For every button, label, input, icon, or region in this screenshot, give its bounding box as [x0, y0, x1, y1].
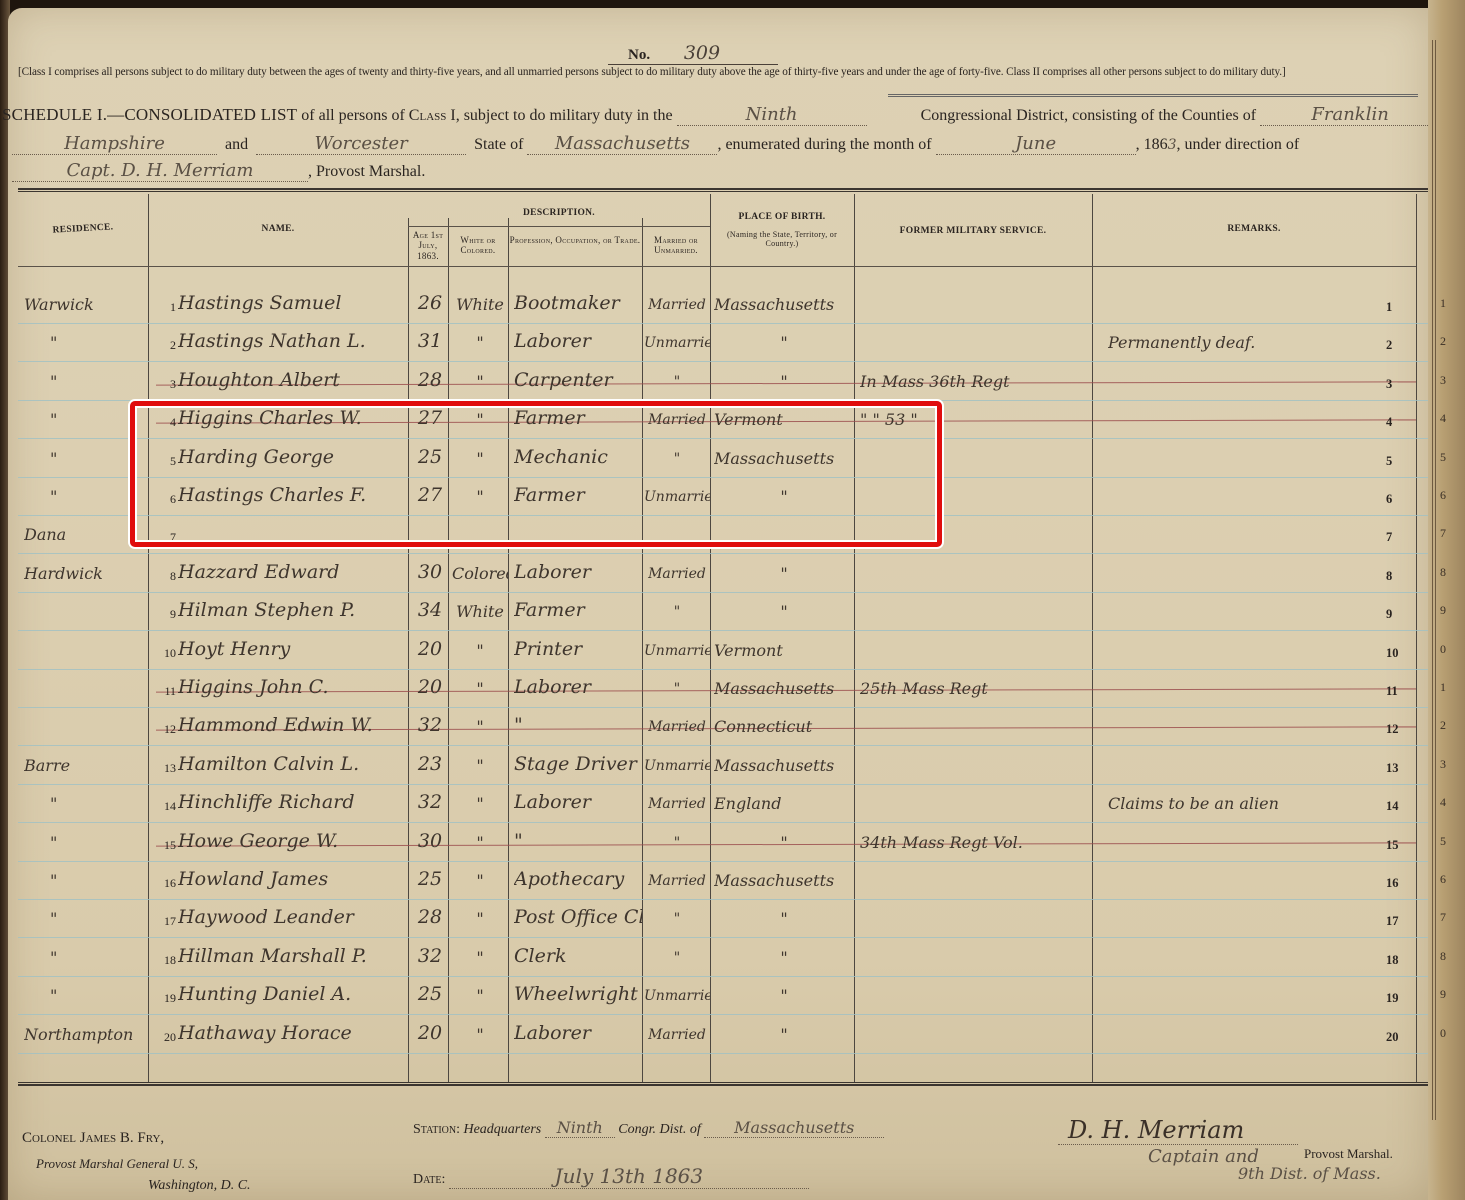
district-text: Congressional District, consisting of th…: [921, 107, 1257, 124]
cell-married: Married: [644, 412, 710, 428]
cell-color: ": [452, 756, 508, 775]
cell-age: 28: [412, 906, 448, 928]
table-row: "15Howe George W.30""""34th Mass Regt Vo…: [18, 824, 1430, 862]
table-row: 10Hoyt Henry20"PrinterUnmarriedVermont10: [18, 632, 1430, 670]
cell-age: 30: [412, 561, 448, 583]
cell-age: 20: [412, 638, 448, 660]
edge-number: 8: [1440, 949, 1446, 964]
header-age: Age 1st July, 1863.: [408, 230, 448, 261]
cell-birth: Vermont: [714, 641, 854, 660]
next-page-edge: 12345678901234567890: [1428, 0, 1465, 1200]
header-description: DESCRIPTION.: [408, 208, 710, 219]
date-value: July 13th 1863: [449, 1164, 809, 1189]
cell-line-number: 19: [1386, 991, 1414, 1006]
table-row: "16Howland James25"ApothecaryMarriedMass…: [18, 862, 1430, 900]
cell-color: ": [452, 641, 508, 660]
header-residence: RESIDENCE.: [18, 221, 148, 239]
table-row: Barre13Hamilton Calvin L.23"Stage Driver…: [18, 747, 1430, 785]
cell-n: 8: [156, 569, 176, 584]
cell-age: 27: [412, 484, 448, 506]
district-signature: 9th Dist. of Mass.: [1238, 1164, 1381, 1183]
cell-residence: Warwick: [24, 295, 144, 314]
cell-birth: ": [714, 333, 854, 352]
table-row: 9Hilman Stephen P.34WhiteFarmer""9: [18, 593, 1430, 631]
cell-name: Hastings Samuel: [178, 292, 406, 314]
cell-age: 25: [412, 868, 448, 890]
cell-age: 32: [412, 714, 448, 736]
cell-name: Howe George W.: [178, 830, 406, 852]
cell-line-number: 15: [1386, 838, 1414, 853]
cell-birth: ": [714, 833, 854, 852]
cell-married: Married: [644, 566, 710, 582]
station-district: Ninth: [545, 1118, 615, 1138]
schedule-counties-line: Hampshire and Worcester State of Massach…: [12, 133, 1299, 155]
station-text-2: Congr. Dist. of: [618, 1122, 700, 1137]
cell-profession: Laborer: [514, 791, 642, 813]
cell-name: Hunting Daniel A.: [178, 983, 406, 1005]
cell-residence: ": [24, 410, 144, 429]
cell-married: ": [644, 451, 710, 467]
edge-number: 3: [1440, 757, 1446, 772]
class-definition-note: [Class I comprises all persons subject t…: [18, 66, 1438, 78]
cell-married: Unmarried: [644, 758, 710, 774]
cell-color: ": [452, 717, 508, 736]
edge-number: 4: [1440, 411, 1446, 426]
cell-color: White: [452, 295, 508, 314]
cell-name: Hamilton Calvin L.: [178, 753, 406, 775]
cell-profession: Carpenter: [514, 369, 642, 391]
cell-birth: ": [714, 948, 854, 967]
cell-line-number: 18: [1386, 953, 1414, 968]
station-text-1: Headquarters: [463, 1122, 541, 1137]
cell-profession: Laborer: [514, 561, 642, 583]
table-row: "14Hinchliffe Richard32"LaborerMarriedEn…: [18, 785, 1430, 823]
cell-name: Harding George: [178, 446, 406, 468]
cell-married: Unmarried: [644, 988, 710, 1004]
cell-married: ": [644, 911, 710, 927]
cell-color: ": [452, 679, 508, 698]
cell-birth: ": [714, 909, 854, 928]
page-footer: Colonel James B. Fry, Provost Marshal Ge…: [8, 1088, 1438, 1198]
edge-number: 5: [1440, 450, 1446, 465]
cell-line-number: 4: [1386, 415, 1414, 430]
cell-age: 32: [412, 945, 448, 967]
cell-profession: Farmer: [514, 599, 642, 621]
cell-age: 20: [412, 1022, 448, 1044]
table-row: Warwick1Hastings Samuel26WhiteBootmakerM…: [18, 286, 1430, 324]
cell-line-number: 1: [1386, 300, 1414, 315]
number-rule: [608, 64, 778, 65]
cell-residence: ": [24, 986, 144, 1005]
schedule-text-2: subject to do military duty in the: [464, 107, 673, 124]
county-2: Hampshire: [12, 133, 217, 155]
date-line: Date: July 13th 1863: [413, 1164, 809, 1189]
cell-line-number: 11: [1386, 684, 1414, 699]
station-state: Massachusetts: [704, 1118, 884, 1138]
cell-military: 34th Mass Regt Vol.: [860, 833, 1090, 852]
cell-color: ": [452, 986, 508, 1005]
form-number-value: 309: [654, 42, 744, 65]
table-row: 11Higgins John C.20"Laborer"Massachusett…: [18, 670, 1430, 708]
cell-age: 34: [412, 599, 448, 621]
table-row: "18Hillman Marshall P.32"Clerk""18: [18, 939, 1430, 977]
cell-birth: ": [714, 986, 854, 1005]
cell-birth: ": [714, 564, 854, 583]
cell-birth: England: [714, 794, 854, 813]
cell-residence: ": [24, 871, 144, 890]
table-row: 12Hammond Edwin W.32""MarriedConnecticut…: [18, 708, 1430, 746]
cell-married: ": [644, 835, 710, 851]
cell-n: 7: [156, 530, 176, 545]
edge-number: 2: [1440, 718, 1446, 733]
edge-number: 4: [1440, 795, 1446, 810]
cell-name: Hathaway Horace: [178, 1022, 406, 1044]
header-married: Married or Unmarried.: [642, 235, 710, 256]
year-text: , 186: [1136, 136, 1168, 153]
edge-number: 9: [1440, 603, 1446, 618]
cell-birth: ": [714, 487, 854, 506]
cell-age: 30: [412, 830, 448, 852]
cell-name: Hillman Marshall P.: [178, 945, 406, 967]
cell-age: 27: [412, 407, 448, 429]
cell-age: 25: [412, 983, 448, 1005]
cell-married: Married: [644, 873, 710, 889]
edge-number: 0: [1440, 1026, 1446, 1041]
description-rule: [408, 226, 710, 227]
cell-age: 28: [412, 369, 448, 391]
cell-age: 20: [412, 676, 448, 698]
cell-name: Hilman Stephen P.: [178, 599, 406, 621]
register-page: No. 309 [Class I comprises all persons s…: [8, 8, 1428, 1200]
table-row: "2Hastings Nathan L.31"LaborerUnmarried"…: [18, 324, 1430, 362]
cell-profession: Mechanic: [514, 446, 642, 468]
year-value: 3: [1168, 137, 1177, 153]
cell-color: Colored: [452, 564, 508, 583]
schedule-prefix: SCHEDULE I.—CONSOLIDATED LIST: [2, 105, 297, 124]
cell-n: 20: [156, 1030, 176, 1045]
edge-number: 9: [1440, 987, 1446, 1002]
marshal-value: Capt. D. H. Merriam: [12, 160, 308, 182]
cell-color: ": [452, 1025, 508, 1044]
cell-residence: Hardwick: [24, 564, 144, 583]
cell-line-number: 17: [1386, 914, 1414, 929]
cell-age: 26: [412, 292, 448, 314]
cell-married: ": [644, 604, 710, 620]
cell-n: 9: [156, 607, 176, 622]
form-number-label: No.: [628, 47, 650, 63]
header-remarks: REMARKS.: [1092, 224, 1416, 235]
addressee-name: Colonel James B. Fry,: [22, 1130, 164, 1147]
ruled-line: [18, 1053, 1430, 1054]
table-row: Hardwick8Hazzard Edward30ColoredLaborerM…: [18, 555, 1430, 593]
cell-age: 25: [412, 446, 448, 468]
cell-name: Higgins Charles W.: [178, 407, 406, 429]
cell-profession: Bootmaker: [514, 292, 642, 314]
cell-n: 3: [156, 377, 176, 392]
table-bottom-border: [18, 1082, 1430, 1086]
table-top-border: [18, 188, 1430, 192]
cell-residence: ": [24, 909, 144, 928]
cell-profession: Farmer: [514, 484, 642, 506]
cell-name: Hammond Edwin W.: [178, 714, 406, 736]
cell-profession: Apothecary: [514, 868, 642, 890]
date-label: Date:: [413, 1172, 445, 1187]
station-label: Station:: [413, 1122, 460, 1137]
schedule-title-line: SCHEDULE I.—CONSOLIDATED LIST of all per…: [2, 104, 1440, 126]
cell-married: Unmarried: [644, 489, 710, 505]
consolidated-list-table: RESIDENCE. NAME. DESCRIPTION. Age 1st Ju…: [18, 188, 1430, 1088]
cell-n: 18: [156, 953, 176, 968]
cell-age: 23: [412, 753, 448, 775]
cell-profession: Clerk: [514, 945, 642, 967]
direction-text: , under direction of: [1177, 136, 1300, 153]
cell-n: 4: [156, 415, 176, 430]
schedule-text-1: of all persons of: [301, 107, 405, 124]
cell-name: Houghton Albert: [178, 369, 406, 391]
cell-residence: ": [24, 833, 144, 852]
header-name: NAME.: [148, 224, 408, 235]
class-label: Class I,: [409, 107, 460, 124]
cell-profession: Printer: [514, 638, 642, 660]
cell-name: Hinchliffe Richard: [178, 791, 406, 813]
cell-line-number: 16: [1386, 876, 1414, 891]
schedule-marshal-line: Capt. D. H. Merriam, Provost Marshal.: [12, 160, 425, 182]
cell-married: Married: [644, 1027, 710, 1043]
edge-number: 6: [1440, 488, 1446, 503]
cell-remarks: Claims to be an alien: [1108, 794, 1398, 813]
cell-n: 15: [156, 838, 176, 853]
cell-line-number: 12: [1386, 722, 1414, 737]
cell-line-number: 13: [1386, 761, 1414, 776]
cell-married: ": [644, 681, 710, 697]
cell-n: 6: [156, 492, 176, 507]
table-row: "4Higgins Charles W.27"FarmerMarriedVerm…: [18, 401, 1430, 439]
table-row: Dana77: [18, 516, 1430, 554]
cell-profession: Laborer: [514, 676, 642, 698]
cell-birth: Massachusetts: [714, 295, 854, 314]
cell-birth: ": [714, 372, 854, 391]
cell-color: ": [452, 372, 508, 391]
cell-color: ": [452, 449, 508, 468]
cell-residence: ": [24, 372, 144, 391]
cell-residence: ": [24, 948, 144, 967]
cell-married: Married: [644, 297, 710, 313]
edge-number: 1: [1440, 296, 1446, 311]
cell-color: ": [452, 794, 508, 813]
cell-residence: ": [24, 794, 144, 813]
header-birth-sub: (Naming the State, Territory, or Country…: [714, 230, 850, 248]
cell-color: ": [452, 487, 508, 506]
cell-married: Unmarried: [644, 335, 710, 351]
table-row: "17Haywood Leander28"Post Office Clerk""…: [18, 900, 1430, 938]
edge-number: 8: [1440, 565, 1446, 580]
edge-number: 7: [1440, 910, 1446, 925]
cell-line-number: 7: [1386, 530, 1414, 545]
cell-n: 13: [156, 761, 176, 776]
cell-name: Howland James: [178, 868, 406, 890]
cell-married: Married: [644, 796, 710, 812]
cell-birth: Connecticut: [714, 717, 854, 736]
cell-birth: Vermont: [714, 410, 854, 429]
addressee-location: Washington, D. C.: [148, 1178, 251, 1194]
cell-profession: ": [514, 714, 642, 736]
cell-residence: ": [24, 333, 144, 352]
cell-name: Haywood Leander: [178, 906, 406, 928]
cell-birth: ": [714, 1025, 854, 1044]
cell-n: 12: [156, 722, 176, 737]
cell-profession: Laborer: [514, 330, 642, 352]
cell-birth: Massachusetts: [714, 449, 854, 468]
cell-n: 14: [156, 799, 176, 814]
cell-n: 19: [156, 991, 176, 1006]
header-profession: Profession, Occupation, or Trade.: [508, 235, 642, 245]
state-label: State of: [474, 136, 523, 153]
cell-remarks: Permanently deaf.: [1108, 333, 1398, 352]
cell-residence: Barre: [24, 756, 144, 775]
cell-color: ": [452, 948, 508, 967]
cell-birth: Massachusetts: [714, 756, 854, 775]
cell-profession: Farmer: [514, 407, 642, 429]
cell-residence: ": [24, 449, 144, 468]
cell-profession: Post Office Clerk: [514, 906, 642, 928]
cell-line-number: 2: [1386, 338, 1414, 353]
cell-n: 16: [156, 876, 176, 891]
cell-married: Unmarried: [644, 643, 710, 659]
county-3: Worcester: [256, 133, 466, 155]
header-color: White or Colored.: [448, 235, 508, 256]
cell-name: Hastings Charles F.: [178, 484, 406, 506]
cell-birth: Massachusetts: [714, 871, 854, 890]
cell-line-number: 9: [1386, 607, 1414, 622]
cell-name: Hazzard Edward: [178, 561, 406, 583]
cell-profession: Wheelwright: [514, 983, 642, 1005]
signature-rule: [1058, 1144, 1298, 1145]
cell-line-number: 20: [1386, 1030, 1414, 1045]
edge-number: 3: [1440, 373, 1446, 388]
cell-name: Hoyt Henry: [178, 638, 406, 660]
header-double-rule: [888, 94, 1418, 97]
district-value: Ninth: [677, 104, 867, 126]
cell-color: ": [452, 410, 508, 429]
page-fold: [1432, 40, 1436, 1120]
cell-n: 17: [156, 914, 176, 929]
cell-n: 5: [156, 454, 176, 469]
cell-residence: Northampton: [24, 1025, 144, 1044]
cell-line-number: 10: [1386, 646, 1414, 661]
table-row: "19Hunting Daniel A.25"WheelwrightUnmarr…: [18, 977, 1430, 1015]
cell-name: Higgins John C.: [178, 676, 406, 698]
header-military: FORMER MILITARY SERVICE.: [854, 226, 1092, 237]
cell-line-number: 3: [1386, 377, 1414, 392]
form-number: No. 309: [628, 42, 744, 65]
edge-number: 5: [1440, 834, 1446, 849]
cell-color: White: [452, 602, 508, 621]
cell-age: 32: [412, 791, 448, 813]
cell-name: Hastings Nathan L.: [178, 330, 406, 352]
edge-number: 7: [1440, 526, 1446, 541]
cell-married: ": [644, 950, 710, 966]
header-birth: PLACE OF BIRTH.: [710, 212, 854, 223]
month-value: June: [936, 133, 1136, 155]
cell-military: " " 53 ": [860, 410, 1090, 429]
state-value: Massachusetts: [527, 133, 717, 155]
cell-married: ": [644, 374, 710, 390]
cell-color: ": [452, 871, 508, 890]
cell-color: ": [452, 909, 508, 928]
signature: D. H. Merriam: [1068, 1116, 1244, 1144]
cell-line-number: 14: [1386, 799, 1414, 814]
header-bottom-rule: [18, 266, 1416, 267]
cell-age: 31: [412, 330, 448, 352]
cell-profession: Stage Driver: [514, 753, 642, 775]
cell-color: ": [452, 333, 508, 352]
cell-profession: Laborer: [514, 1022, 642, 1044]
cell-profession: ": [514, 830, 642, 852]
cell-n: 10: [156, 646, 176, 661]
cell-line-number: 6: [1386, 492, 1414, 507]
marshal-label: , Provost Marshal.: [308, 163, 425, 180]
provost-label: Provost Marshal.: [1304, 1146, 1393, 1162]
cell-line-number: 8: [1386, 569, 1414, 584]
and-label: and: [225, 136, 248, 153]
cell-birth: Massachusetts: [714, 679, 854, 698]
edge-number: 6: [1440, 872, 1446, 887]
edge-number: 1: [1440, 680, 1446, 695]
table-row: "3Houghton Albert28"Carpenter""In Mass 3…: [18, 363, 1430, 401]
table-row: Northampton20Hathaway Horace20"LaborerMa…: [18, 1016, 1430, 1054]
cell-n: 2: [156, 338, 176, 353]
cell-married: Married: [644, 719, 710, 735]
cell-n: 11: [156, 684, 176, 699]
edge-number: 0: [1440, 642, 1446, 657]
cell-birth: ": [714, 602, 854, 621]
cell-n: 1: [156, 300, 176, 315]
cell-residence: Dana: [24, 525, 144, 544]
station-line: Station: Headquarters Ninth Congr. Dist.…: [413, 1118, 884, 1138]
cell-color: ": [452, 833, 508, 852]
table-row: "5Harding George25"Mechanic"Massachusett…: [18, 440, 1430, 478]
table-row: "6Hastings Charles F.27"FarmerUnmarried"…: [18, 478, 1430, 516]
addressee-title: Provost Marshal General U. S,: [36, 1156, 198, 1172]
cell-line-number: 5: [1386, 454, 1414, 469]
enumerated-text: , enumerated during the month of: [717, 136, 931, 153]
edge-number: 2: [1440, 334, 1446, 349]
cell-military: In Mass 36th Regt: [860, 372, 1090, 391]
cell-residence: ": [24, 487, 144, 506]
cell-military: 25th Mass Regt: [860, 679, 1090, 698]
county-1: Franklin: [1260, 104, 1440, 126]
